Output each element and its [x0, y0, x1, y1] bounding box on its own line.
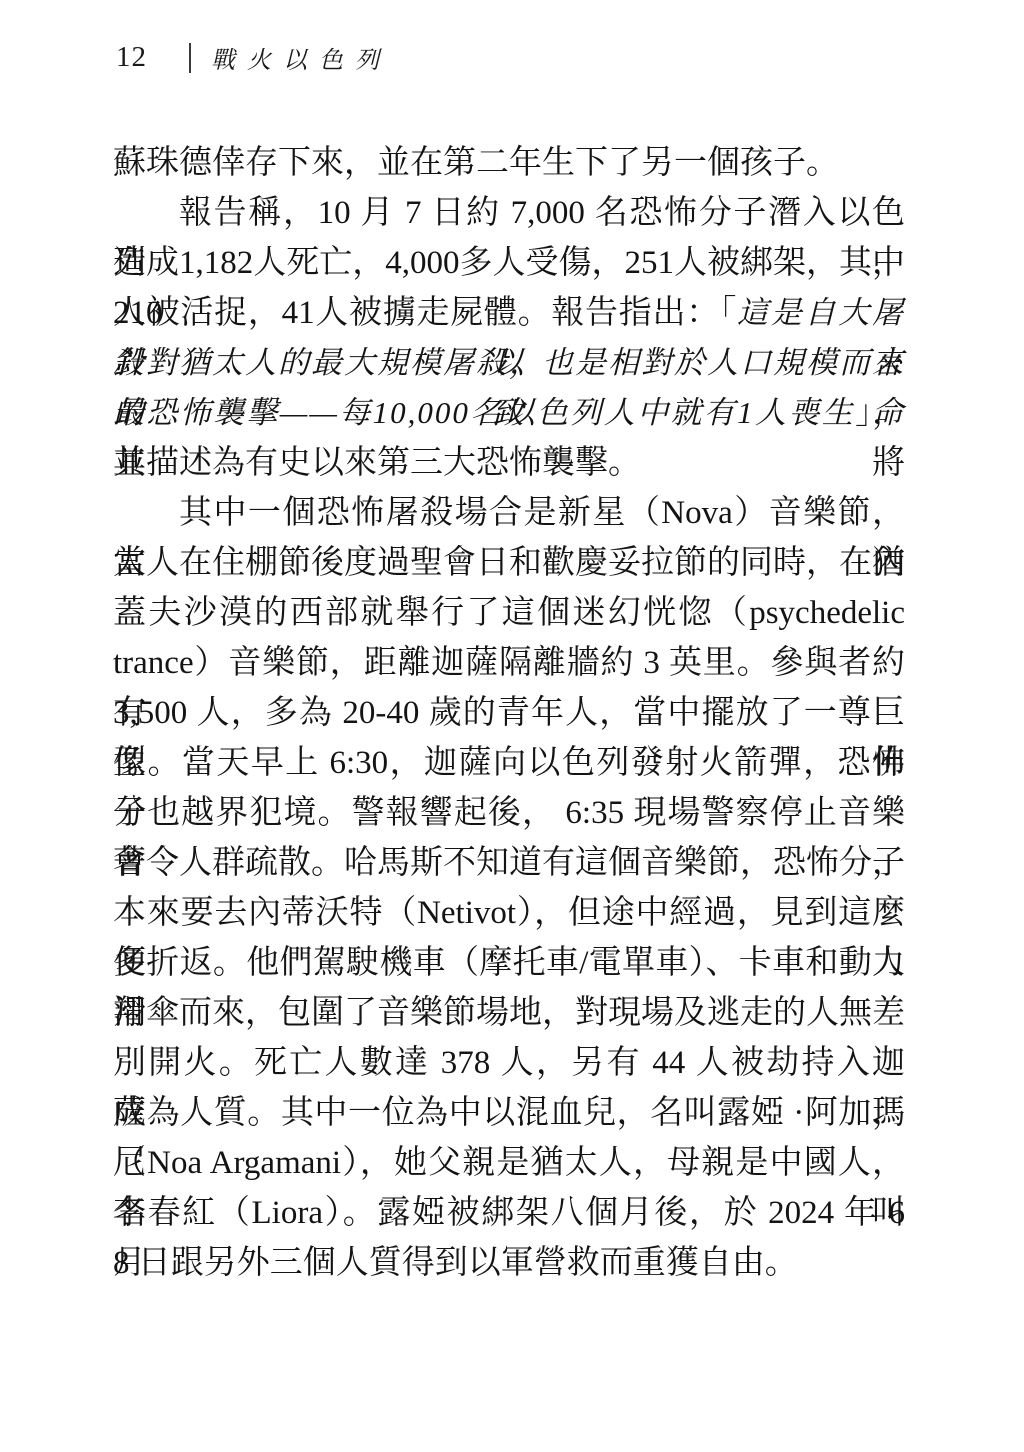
text-line: 成為人質。其中一位為中以混血兒，名叫露婭 ·阿加瑪尼 — [113, 1088, 905, 1138]
book-page: 12 戰火以色列 蘇珠德倖存下來，並在第二年生下了另一個孩子。報告稱，10 月 … — [0, 0, 1024, 1452]
text-line: 子也越界犯境。警報響起後， 6:35 現場警察停止音樂會， — [113, 788, 905, 838]
text-line: 別開火。死亡人數達 378 人，另有 44 人被劫持入迦薩， — [113, 1038, 905, 1088]
body-text-segment: 太人在住棚節後度過聖會日和歡慶妥拉節的同時，在內 — [113, 545, 905, 581]
book-title: 戰火以色列 — [211, 40, 391, 75]
body-text-segment: 著令人群疏散。哈馬斯不知道有這個音樂節，恐怖分子 — [113, 845, 905, 881]
page-header: 12 戰火以色列 — [116, 40, 391, 75]
text-line: trance）音樂節，距離迦薩隔離牆約 3 英里。參與者約有 — [113, 638, 905, 688]
text-line: 3,500 人，多為 20-40 歲的青年人，當中擺放了一尊巨型佛 — [113, 688, 905, 738]
text-line: 蘇珠德倖存下來，並在第二年生下了另一個孩子。 — [113, 138, 905, 188]
text-line: 太人在住棚節後度過聖會日和歡慶妥拉節的同時，在內 — [113, 538, 905, 588]
text-line: 翔傘而來，包圍了音樂節場地，對現場及逃走的人無差 — [113, 988, 905, 1038]
quoted-kai-text: 的恐怖襲擊——每10,000名以色列人中就有1人喪生 — [113, 395, 855, 430]
text-line: 像。當天早上 6:30，迦薩向以色列發射火箭彈，恐怖分 — [113, 738, 905, 788]
text-line: 本來要去內蒂沃特（Netivot），但途中經過，見到這麼多人 — [113, 888, 905, 938]
text-line: 便折返。他們駕駛機車（摩托車/電單車）、卡車和動力滑 — [113, 938, 905, 988]
header-divider — [189, 43, 191, 73]
text-line: 李春紅（Liora）。露婭被綁架八個月後，於 2024 年 6 月 — [113, 1188, 905, 1238]
text-line: （Noa Argamani），她父親是猶太人，母親是中國人，名叫 — [113, 1138, 905, 1188]
body-text-segment: 蓋夫沙漠的西部就舉行了這個迷幻恍惚（psychedelic — [113, 595, 905, 631]
text-line: 的恐怖襲擊——每10,000名以色列人中就有1人喪生」，並將 — [113, 388, 905, 438]
text-line: 著令人群疏散。哈馬斯不知道有這個音樂節，恐怖分子 — [113, 838, 905, 888]
text-line: 針對猶太人的最大規模屠殺，也是相對於人口規模而言最致命 — [113, 338, 905, 388]
text-line: 8 日跟另外三個人質得到以軍營救而重獲自由。 — [113, 1238, 905, 1288]
body-text-segment: 蘇珠德倖存下來，並在第二年生下了另一個孩子。 — [113, 145, 839, 181]
text-line: 人被活捉，41人被擄走屍體。報告指出：「這是自大屠殺以來 — [113, 288, 905, 338]
text-line: 蓋夫沙漠的西部就舉行了這個迷幻恍惚（psychedelic — [113, 588, 905, 638]
body-text-segment: 8 日跟另外三個人質得到以軍營救而重獲自由。 — [113, 1245, 798, 1281]
page-body: 蘇珠德倖存下來，並在第二年生下了另一個孩子。報告稱，10 月 7 日約 7,00… — [113, 138, 905, 1288]
text-line: 報告稱，10 月 7 日約 7,000 名恐怖分子潛入以色列， — [113, 188, 905, 238]
body-text-segment: 其描述為有史以來第三大恐怖襲擊。 — [113, 445, 641, 481]
body-text-segment: 翔傘而來，包圍了音樂節場地，對現場及逃走的人無差 — [113, 995, 905, 1031]
text-line: 造成1,182人死亡，4,000多人受傷，251人被綁架，其中210 — [113, 238, 905, 288]
body-text-segment: 人被活捉，41人被擄走屍體。報告指出：「 — [113, 295, 737, 331]
page-number: 12 — [116, 41, 147, 74]
text-line: 其中一個恐怖屠殺場合是新星（Nova）音樂節，當猶 — [113, 488, 905, 538]
